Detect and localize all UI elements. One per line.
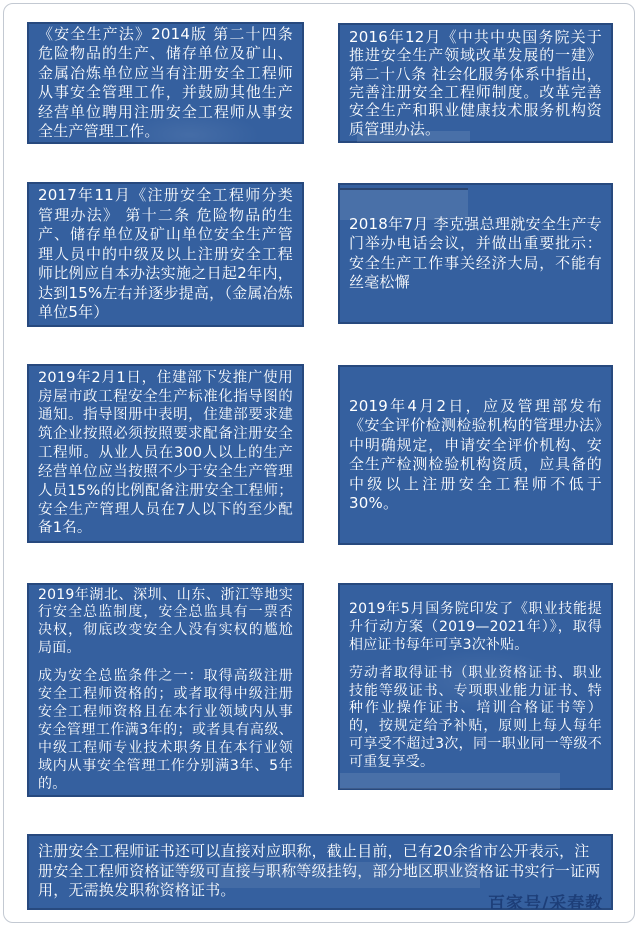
card-2016-12-state-council-opinion: 2016年12月《中共中央国务院关于推进安全生产领域改革发展的一建》 第二十八条…	[338, 23, 613, 143]
card-title-correspondence-footer: 注册安全工程师证书还可以直接对应职称，截止目前，已有20余省市公开表示，注册安全…	[27, 834, 613, 910]
card-paragraph: 成为安全总监条件之一：取得高级注册安全工程师资格的；或者取得中级注册安全工程师资…	[38, 668, 293, 793]
card-paragraph: 2016年12月《中共中央国务院关于推进安全生产领域改革发展的一建》 第二十八条…	[349, 28, 602, 138]
card-paragraph: 劳动者取得证书（职业资格证书、职业技能等级证书、专项职业能力证书、特种作业操作证…	[349, 665, 602, 772]
card-2017-11-classification-measures: 2017年11月《注册安全工程师分类管理办法》 第十二条 危险物品的生产、储存单…	[27, 182, 304, 327]
card-paragraph: 《安全生产法》2014版 第二十四条 危险物品的生产、储存单位及矿山、金属冶炼单…	[38, 25, 293, 142]
card-2019-02-mohurd-notice: 2019年2月1日，住建部下发推广使用房屋市政工程安全生产标准化指导图的通知。指…	[27, 364, 304, 543]
card-paragraph: 注册安全工程师证书还可以直接对应职称，截止目前，已有20余省市公开表示，注册安全…	[38, 842, 602, 901]
card-2019-04-evaluation-agency-measures: 2019年4月2日，应及管理部发布《安全评价检测检验机构的管理办法》中明确规定，…	[338, 365, 613, 545]
card-safety-law-2014: 《安全生产法》2014版 第二十四条 危险物品的生产、储存单位及矿山、金属冶炼单…	[27, 22, 304, 144]
card-paragraph: 2018年7月 李克强总理就安全生产专门举办电话会议，并做出重要批示：安全生产工…	[349, 215, 602, 293]
infographic-canvas: 《安全生产法》2014版 第二十四条 危险物品的生产、储存单位及矿山、金属冶炼单…	[0, 0, 640, 927]
card-paragraph: 2019年2月1日，住建部下发推广使用房屋市政工程安全生产标准化指导图的通知。指…	[38, 369, 293, 539]
card-2019-safety-director-system: 2019年湖北、深圳、山东、浙江等地实行安全总监制度，安全总监具有一票否决权，彻…	[27, 583, 304, 797]
card-2018-07-premier-instruction: 2018年7月 李克强总理就安全生产专门举办电话会议，并做出重要批示：安全生产工…	[338, 183, 613, 324]
card-paragraph: 2019年湖北、深圳、山东、浙江等地实行安全总监制度，安全总监具有一票否决权，彻…	[38, 587, 293, 659]
card-2019-05-skills-upgrade-plan: 2019年5月国务院印发了《职业技能提升行动方案（2019—2021年）》，取得…	[338, 583, 613, 790]
card-paragraph: 2019年5月国务院印发了《职业技能提升行动方案（2019—2021年）》，取得…	[349, 601, 602, 655]
card-paragraph: 2017年11月《注册安全工程师分类管理办法》 第十二条 危险物品的生产、储存单…	[38, 186, 293, 323]
card-paragraph: 2019年4月2日，应及管理部发布《安全评价检测检验机构的管理办法》中明确规定，…	[349, 397, 602, 514]
